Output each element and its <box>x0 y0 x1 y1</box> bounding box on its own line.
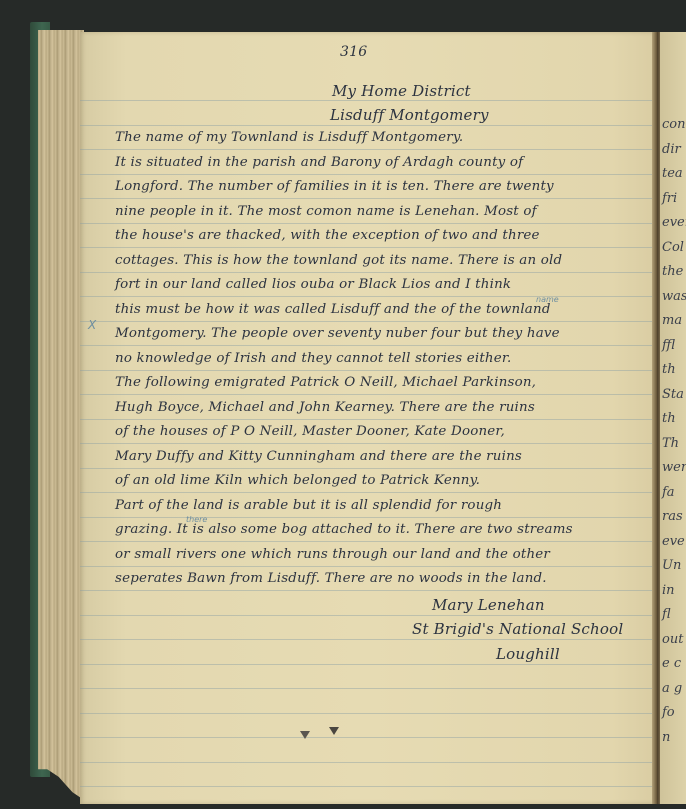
signature-place: Loughill <box>496 645 560 663</box>
ruled-line <box>80 321 658 322</box>
next-page-fragment: fo <box>662 705 675 720</box>
ruled-line <box>80 345 658 346</box>
next-page-fragment: in <box>662 583 675 598</box>
ruled-line <box>80 492 658 493</box>
annotation-insert-name: name <box>536 295 559 304</box>
next-page-fragment: ffl <box>662 338 675 353</box>
text-line: Part of the land is arable but it is all… <box>115 498 502 513</box>
next-page-fragment: Th <box>662 436 679 451</box>
ruled-line <box>80 272 658 273</box>
ruled-line <box>80 615 658 616</box>
next-page-fragment: fl <box>662 607 671 622</box>
text-line: It is situated in the parish and Barony … <box>115 155 523 170</box>
ruled-line <box>80 296 658 297</box>
next-page-fragment: Sta <box>662 387 684 402</box>
next-page-fragment: e c <box>662 656 681 671</box>
text-line: Mary Duffy and Kitty Cunningham and ther… <box>115 449 522 464</box>
text-line: The following emigrated Patrick O Neill,… <box>115 375 536 390</box>
next-page-fragment: Un <box>662 558 681 573</box>
text-line: of the houses of P O Neill, Master Doone… <box>115 424 505 439</box>
ruled-line <box>80 590 658 591</box>
text-line: this must be how it was called Lisduff a… <box>115 302 551 317</box>
ruled-line <box>80 566 658 567</box>
next-page-fragment: was <box>662 289 686 304</box>
text-line: the house's are thacked, with the except… <box>115 228 540 243</box>
text-line: nine people in it. The most comon name i… <box>115 204 537 219</box>
next-page-fragment: tea <box>662 166 683 181</box>
page-stack-edges <box>38 30 84 800</box>
next-page-fragment: ras <box>662 509 683 524</box>
next-page-fragment: fri <box>662 191 677 206</box>
next-page-edge: con dir tea fri ever Col the was ma ffl … <box>660 32 686 804</box>
text-line: Hugh Boyce, Michael and John Kearney. Th… <box>115 400 535 415</box>
next-page-fragment: n <box>662 730 670 745</box>
text-line: no knowledge of Irish and they cannot te… <box>115 351 511 366</box>
next-page-fragment: out <box>662 632 683 647</box>
ruled-line <box>80 713 658 714</box>
ruled-line <box>80 149 658 150</box>
ruled-line <box>80 443 658 444</box>
ruled-line <box>80 394 658 395</box>
next-page-fragment: Col <box>662 240 684 255</box>
margin-mark: X <box>88 318 96 332</box>
ruled-line <box>80 125 658 126</box>
next-page-fragment: the <box>662 264 683 279</box>
ruled-line <box>80 688 658 689</box>
next-page-fragment: wer <box>662 460 686 475</box>
text-line: cottages. This is how the townland got i… <box>115 253 562 268</box>
annotation-insert-there: there <box>186 515 207 524</box>
text-line: grazing. It is also some bog attached to… <box>115 522 573 537</box>
text-line: The name of my Townland is Lisduff Montg… <box>115 130 463 145</box>
ruled-line <box>80 100 658 101</box>
next-page-fragment: ever <box>662 215 686 230</box>
ink-blot <box>300 731 310 739</box>
next-page-fragment: con <box>662 117 685 132</box>
document-subtitle: Lisduff Montgomery <box>330 106 489 124</box>
notebook-page <box>80 32 658 804</box>
signature-name: Mary Lenehan <box>432 596 545 614</box>
ruled-line <box>80 541 658 542</box>
ruled-line <box>80 639 658 640</box>
next-page-fragment: fa <box>662 485 675 500</box>
next-page-fragment: th <box>662 362 676 377</box>
ruled-line <box>80 664 658 665</box>
next-page-fragment: dir <box>662 142 681 157</box>
ruled-line <box>80 198 658 199</box>
text-line: fort in our land called lios ouba or Bla… <box>115 277 511 292</box>
ruled-line <box>80 174 658 175</box>
ink-blot <box>329 727 339 735</box>
ruled-line <box>80 517 658 518</box>
ruled-line <box>80 223 658 224</box>
page-number: 316 <box>340 44 367 60</box>
text-line: of an old lime Kiln which belonged to Pa… <box>115 473 480 488</box>
next-page-fragment: a g <box>662 681 682 696</box>
ruled-line <box>80 247 658 248</box>
ruled-line <box>80 786 658 787</box>
signature-school: St Brigid's National School <box>412 620 623 638</box>
ruled-line <box>80 762 658 763</box>
ruled-line <box>80 468 658 469</box>
ruled-line <box>80 419 658 420</box>
ruled-line <box>80 370 658 371</box>
next-page-fragment: ma <box>662 313 682 328</box>
next-page-fragment: eve <box>662 534 685 549</box>
text-line: Longford. The number of families in it i… <box>115 179 554 194</box>
text-line: or small rivers one which runs through o… <box>115 547 550 562</box>
ruled-line <box>80 737 658 738</box>
text-line: Montgomery. The people over seventy nube… <box>115 326 560 341</box>
document-title: My Home District <box>332 82 471 100</box>
text-line: seperates Bawn from Lisduff. There are n… <box>115 571 547 586</box>
next-page-fragment: th <box>662 411 676 426</box>
